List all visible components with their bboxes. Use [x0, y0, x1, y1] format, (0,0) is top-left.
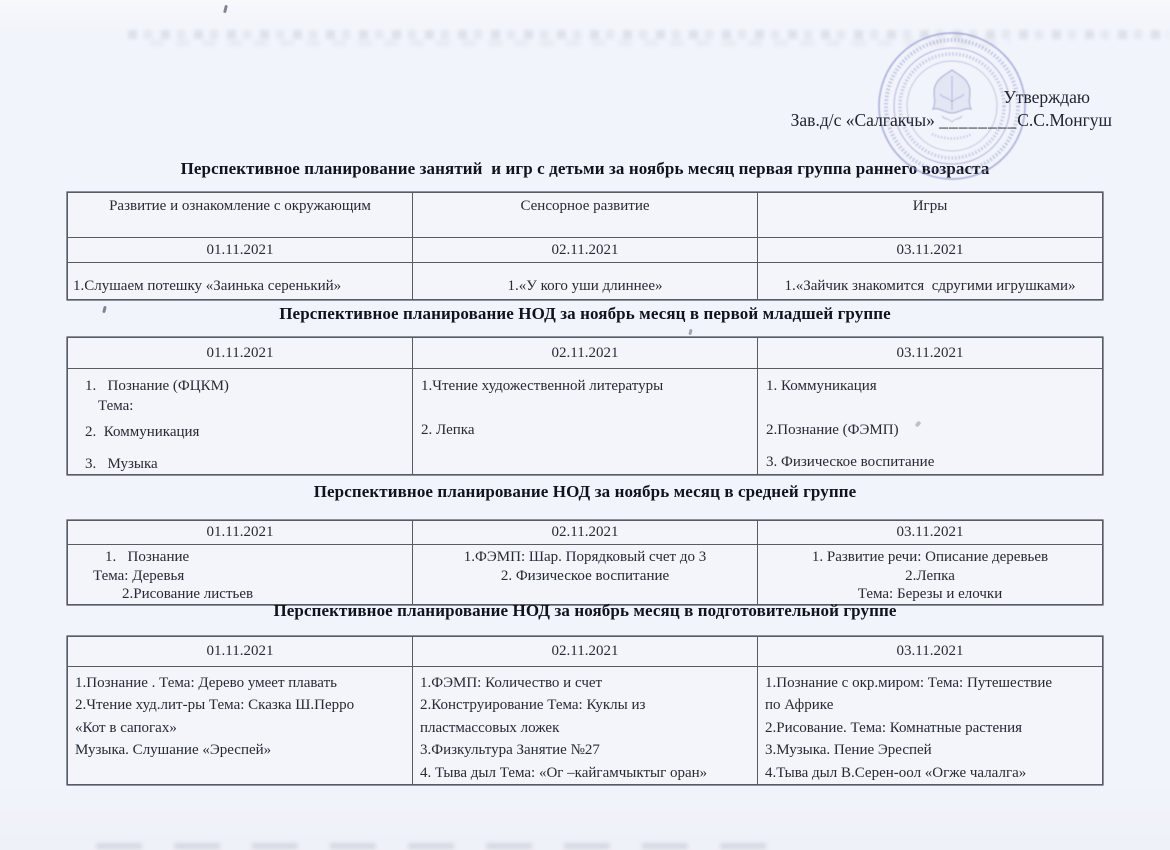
date-row: 01.11.2021 02.11.2021 03.11.2021 — [68, 521, 1103, 545]
date-cell: 02.11.2021 — [413, 521, 758, 545]
activity-item: 4.Тыва дыл В.Серен-оол «Огже чалалга» — [765, 762, 1095, 784]
activity-item: 1.Познание с окр.миром: Тема: Путешестви… — [765, 672, 1095, 694]
signer-name: С.С.Монгуш — [1017, 110, 1112, 130]
planning-table-middle-group: 01.11.2021 02.11.2021 03.11.2021 1. Позн… — [67, 520, 1103, 605]
activities-row: 1.Слушаем потешку «Заинька серенький» 1.… — [68, 263, 1103, 300]
planning-table-preparatory-group: 01.11.2021 02.11.2021 03.11.2021 1.Позна… — [67, 636, 1103, 785]
section-title-middle-group: Перспективное планирование НОД за ноябрь… — [67, 482, 1103, 502]
date-cell: 01.11.2021 — [68, 521, 413, 545]
header-row: Развитие и ознакомление с окружающим Сен… — [68, 193, 1103, 238]
activity-cell: 1. Познание Тема: Деревья 2.Рисование ли… — [68, 545, 413, 605]
signer-title: Зав.д/с «Салгакчы» — [791, 110, 940, 130]
date-cell: 03.11.2021 — [758, 637, 1103, 667]
activity-cell: 1.Познание с окр.миром: Тема: Путешестви… — [758, 667, 1103, 785]
activities-row: 1.Познание . Тема: Дерево умеет плавать … — [68, 667, 1103, 785]
activity-cell: 1.«У кого уши длиннее» — [413, 263, 758, 300]
date-row: 01.11.2021 02.11.2021 03.11.2021 — [68, 637, 1103, 667]
planning-table-first-junior-group: 01.11.2021 02.11.2021 03.11.2021 1. Позн… — [67, 337, 1103, 475]
activity-item: Тема: Деревья — [68, 567, 412, 586]
section-title-preparatory-group: Перспективное планирование НОД за ноябрь… — [67, 601, 1103, 621]
planning-table-early-age-group: Развитие и ознакомление с окружающим Сен… — [67, 192, 1103, 300]
activity-item: 1. Познание (ФЦКМ) — [68, 376, 412, 396]
section-title-first-junior-group: Перспективное планирование НОД за ноябрь… — [67, 304, 1103, 324]
activity-item: пластмассовых ложек — [420, 717, 750, 739]
activity-cell: 1.ФЭМП: Шар. Порядковый счет до 3 2. Физ… — [413, 545, 758, 605]
activity-item: «Кот в сапогах» — [75, 717, 405, 739]
scanned-planning-document: Утверждаю Зав.д/с «Салгакчы» ________С.С… — [0, 0, 1170, 850]
activity-cell: 1.Чтение художественной литературы 2. Ле… — [413, 369, 758, 475]
date-cell: 02.11.2021 — [413, 637, 758, 667]
date-cell: 02.11.2021 — [413, 238, 758, 263]
activity-item: 2. Лепка — [413, 420, 757, 440]
activity-item: 3.Музыка. Пение Эреспей — [765, 739, 1095, 761]
scan-edge-smudge — [96, 843, 796, 849]
activity-item: 1.ФЭМП: Количество и счет — [420, 672, 750, 694]
date-cell: 01.11.2021 — [68, 637, 413, 667]
date-cell: 01.11.2021 — [68, 238, 413, 263]
date-row: 01.11.2021 02.11.2021 03.11.2021 — [68, 238, 1103, 263]
scan-bleed-through-strip — [150, 40, 1010, 46]
activity-item: 1. Познание — [68, 548, 412, 567]
date-cell: 03.11.2021 — [758, 338, 1103, 369]
activity-item: 1.Познание . Тема: Дерево умеет плавать — [75, 672, 405, 694]
activity-item: 3. Физическое воспитание — [758, 452, 1102, 472]
activity-item: 1. Развитие речи: Описание деревьев — [758, 548, 1102, 567]
activity-item: 1.«Зайчик знакомится сдругими игрушками» — [761, 277, 1099, 296]
activity-cell: 1. Познание (ФЦКМ) Тема: 2. Коммуникация… — [68, 369, 413, 475]
activity-item: по Африке — [765, 694, 1095, 716]
activity-item: Тема: — [68, 396, 412, 416]
column-header: Развитие и ознакомление с окружающим — [68, 193, 413, 238]
activity-item: 1.Слушаем потешку «Заинька серенький» — [73, 277, 409, 296]
date-cell: 02.11.2021 — [413, 338, 758, 369]
activities-row: 1. Познание Тема: Деревья 2.Рисование ли… — [68, 545, 1103, 605]
activity-item: 1.Чтение художественной литературы — [413, 376, 757, 396]
activity-item: 2.Чтение худ.лит-ры Тема: Сказка Ш.Перро — [75, 694, 405, 716]
activity-item: 1.«У кого уши длиннее» — [416, 277, 754, 296]
activity-cell: 1.«Зайчик знакомится сдругими игрушками» — [758, 263, 1103, 300]
activity-cell: 1. Развитие речи: Описание деревьев 2.Ле… — [758, 545, 1103, 605]
activities-row: 1. Познание (ФЦКМ) Тема: 2. Коммуникация… — [68, 369, 1103, 475]
scan-artifact — [688, 329, 692, 336]
activity-item: 3. Музыка — [68, 454, 412, 474]
date-row: 01.11.2021 02.11.2021 03.11.2021 — [68, 338, 1103, 369]
activity-item: 2.Лепка — [758, 567, 1102, 586]
activity-item: 1.ФЭМП: Шар. Порядковый счет до 3 — [413, 548, 757, 567]
approval-signature-line: Зав.д/с «Салгакчы» ________С.С.Монгуш — [791, 109, 1112, 132]
activity-cell: 1.Познание . Тема: Дерево умеет плавать … — [68, 667, 413, 785]
scan-artifact — [223, 5, 228, 13]
activity-item: 2.Рисование. Тема: Комнатные растения — [765, 717, 1095, 739]
activity-item: Музыка. Слушание «Эреспей» — [75, 739, 405, 761]
date-cell: 03.11.2021 — [758, 238, 1103, 263]
activity-item: 3.Физкультура Занятие №27 — [420, 739, 750, 761]
scan-bleed-through-strip — [128, 30, 1168, 39]
column-header: Игры — [758, 193, 1103, 238]
signature-underscores: ________ — [939, 110, 1017, 130]
activity-item: 2.Конструирование Тема: Куклы из — [420, 694, 750, 716]
activity-cell: 1. Коммуникация 2.Познание (ФЭМП) 3. Физ… — [758, 369, 1103, 475]
approval-word: Утверждаю — [791, 86, 1112, 109]
approval-block: Утверждаю Зав.д/с «Салгакчы» ________С.С… — [791, 86, 1112, 132]
activity-item: 2. Физическое воспитание — [413, 567, 757, 586]
activity-item: 2. Коммуникация — [68, 422, 412, 442]
activity-cell: 1.ФЭМП: Количество и счет 2.Конструирова… — [413, 667, 758, 785]
section-title-early-age-group: Перспективное планирование занятий и игр… — [67, 159, 1103, 179]
activity-item: 2.Познание (ФЭМП) — [758, 420, 1102, 440]
activity-cell: 1.Слушаем потешку «Заинька серенький» — [68, 263, 413, 300]
column-header: Сенсорное развитие — [413, 193, 758, 238]
date-cell: 01.11.2021 — [68, 338, 413, 369]
date-cell: 03.11.2021 — [758, 521, 1103, 545]
activity-item: 1. Коммуникация — [758, 376, 1102, 396]
activity-item: 4. Тыва дыл Тема: «Ог –кайгамчыктыг оран… — [420, 762, 750, 784]
